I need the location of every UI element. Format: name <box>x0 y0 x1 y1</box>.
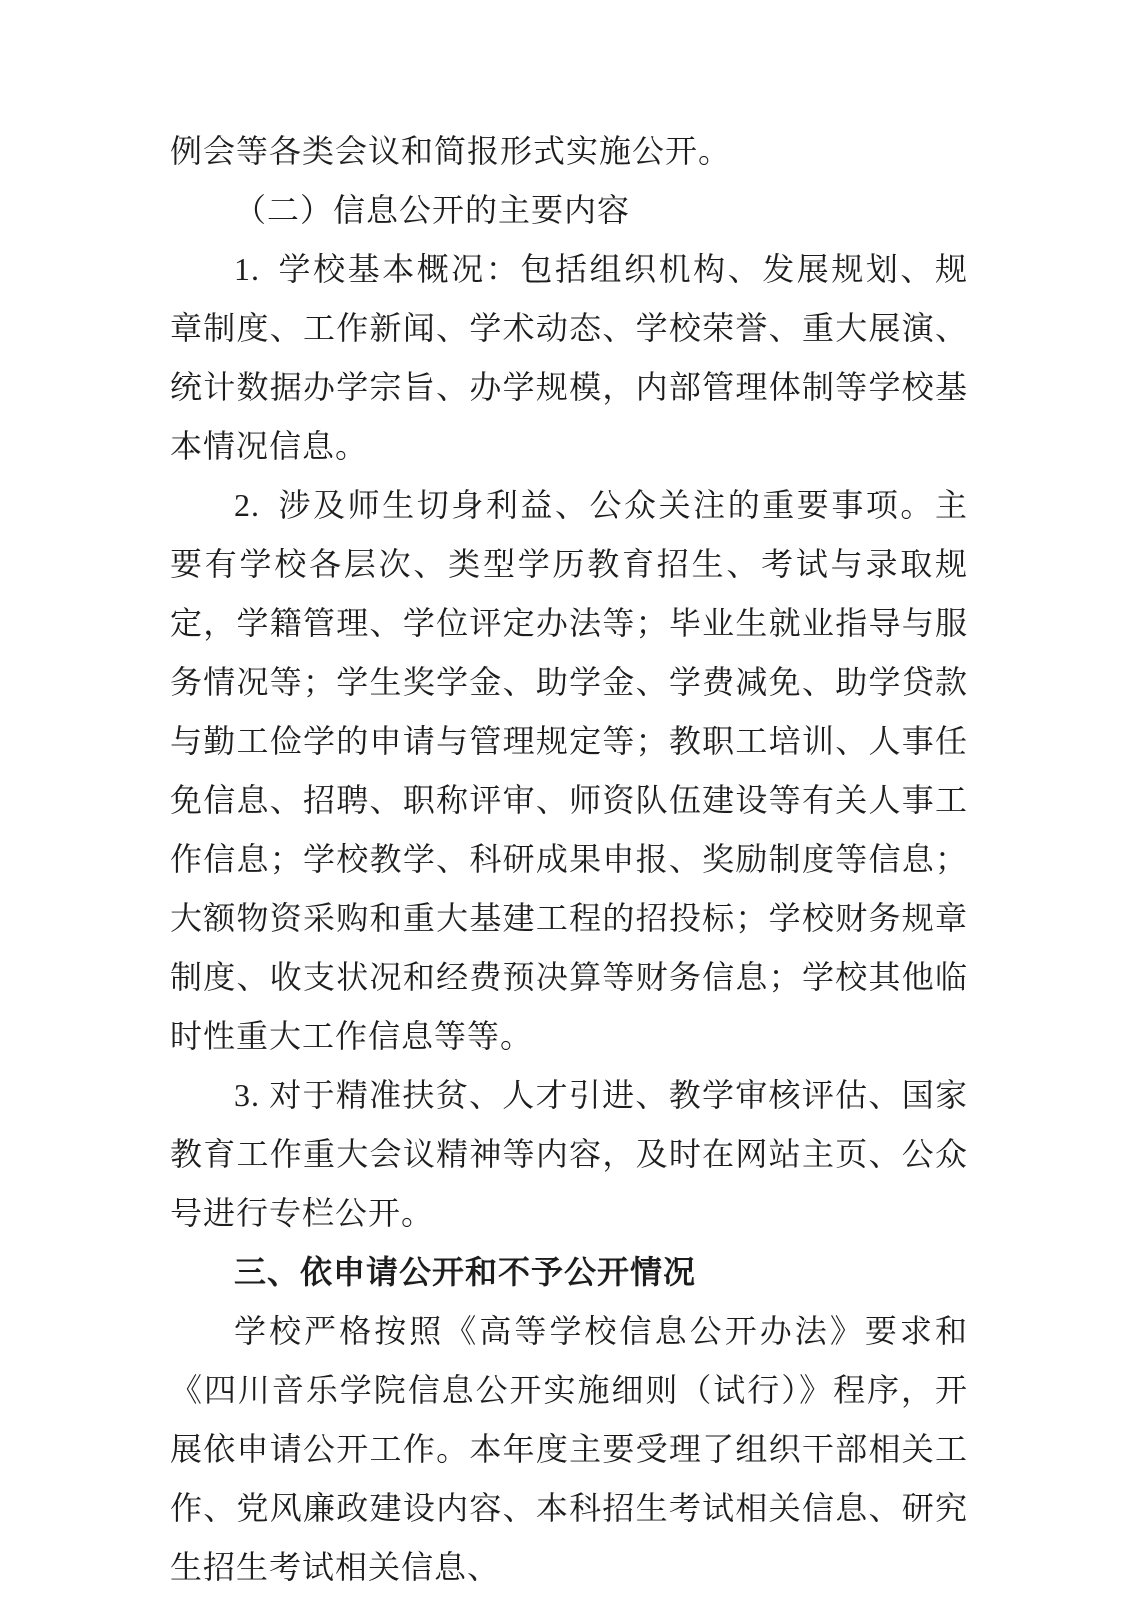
document-text-block: 例会等各类会议和简报形式实施公开。 （二）信息公开的主要内容 1. 学校基本概况… <box>170 122 968 1597</box>
section-heading: 三、依申请公开和不予公开情况 <box>170 1243 968 1302</box>
body-paragraph: 学校严格按照《高等学校信息公开办法》要求和《四川音乐学院信息公开实施细则（试行）… <box>170 1302 968 1597</box>
numbered-paragraph-3: 3. 对于精准扶贫、人才引进、教学审核评估、国家教育工作重大会议精神等内容，及时… <box>170 1066 968 1243</box>
continuation-paragraph: 例会等各类会议和简报形式实施公开。 <box>170 122 968 181</box>
subsection-heading: （二）信息公开的主要内容 <box>170 181 968 240</box>
numbered-paragraph-1: 1. 学校基本概况：包括组织机构、发展规划、规章制度、工作新闻、学术动态、学校荣… <box>170 240 968 476</box>
numbered-paragraph-2: 2. 涉及师生切身利益、公众关注的重要事项。主要有学校各层次、类型学历教育招生、… <box>170 476 968 1066</box>
document-page: 例会等各类会议和简报形式实施公开。 （二）信息公开的主要内容 1. 学校基本概况… <box>0 0 1131 1600</box>
